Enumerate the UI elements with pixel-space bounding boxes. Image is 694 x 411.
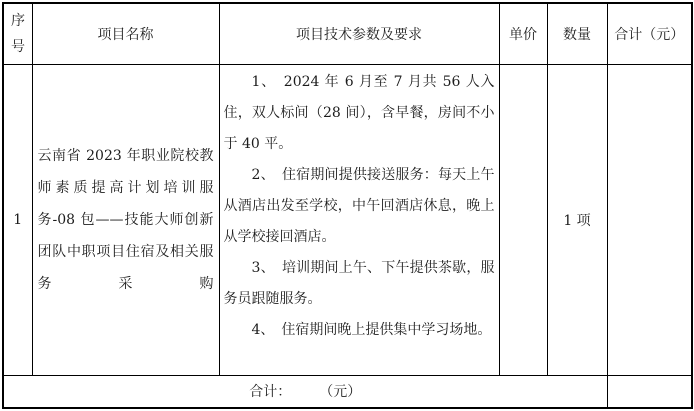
- cell-quantity: 1 项: [547, 64, 607, 375]
- spec-paragraph-3: 3、 培训期间上午、下午提供茶歇，服务员跟随服务。: [220, 253, 499, 315]
- cell-project-name: 云南省 2023 年职业院校教师素质提高计划培训服务-08 包——技能大师创新团…: [32, 64, 219, 375]
- cell-specs: 1、 2024 年 6 月至 7 月共 56 人入住，双人标间（28 间），含早…: [219, 64, 499, 375]
- table-footer-row: 合计： （元）: [3, 375, 692, 408]
- header-col-quantity: 数量: [547, 3, 607, 64]
- cell-index: 1: [3, 64, 32, 375]
- spec-paragraph-4: 4、 住宿期间晚上提供集中学习场地。: [220, 315, 499, 346]
- header-col-index: 序号: [3, 3, 32, 64]
- cell-total: [607, 64, 692, 375]
- header-col-specs: 项目技术参数及要求: [219, 3, 499, 64]
- header-col-total: 合计（元）: [607, 3, 692, 64]
- table-row: 1 云南省 2023 年职业院校教师素质提高计划培训服务-08 包——技能大师创…: [3, 64, 692, 375]
- footer-total-label-cell: 合计： （元）: [3, 375, 607, 408]
- header-col-unit-price: 单价: [499, 3, 547, 64]
- procurement-table: 序号 项目名称 项目技术参数及要求 单价 数量 合计（元） 1 云南省 2023…: [2, 2, 693, 409]
- table-header-row: 序号 项目名称 项目技术参数及要求 单价 数量 合计（元）: [3, 3, 692, 64]
- cell-unit-price: [499, 64, 547, 375]
- spec-paragraph-1: 1、 2024 年 6 月至 7 月共 56 人入住，双人标间（28 间），含早…: [220, 67, 499, 160]
- header-col-project-name: 项目名称: [32, 3, 219, 64]
- footer-total-value-cell: [607, 375, 692, 408]
- spec-paragraph-2: 2、 住宿期间提供接送服务：每天上午从酒店出发至学校，中午回酒店休息，晚上从学校…: [220, 160, 499, 253]
